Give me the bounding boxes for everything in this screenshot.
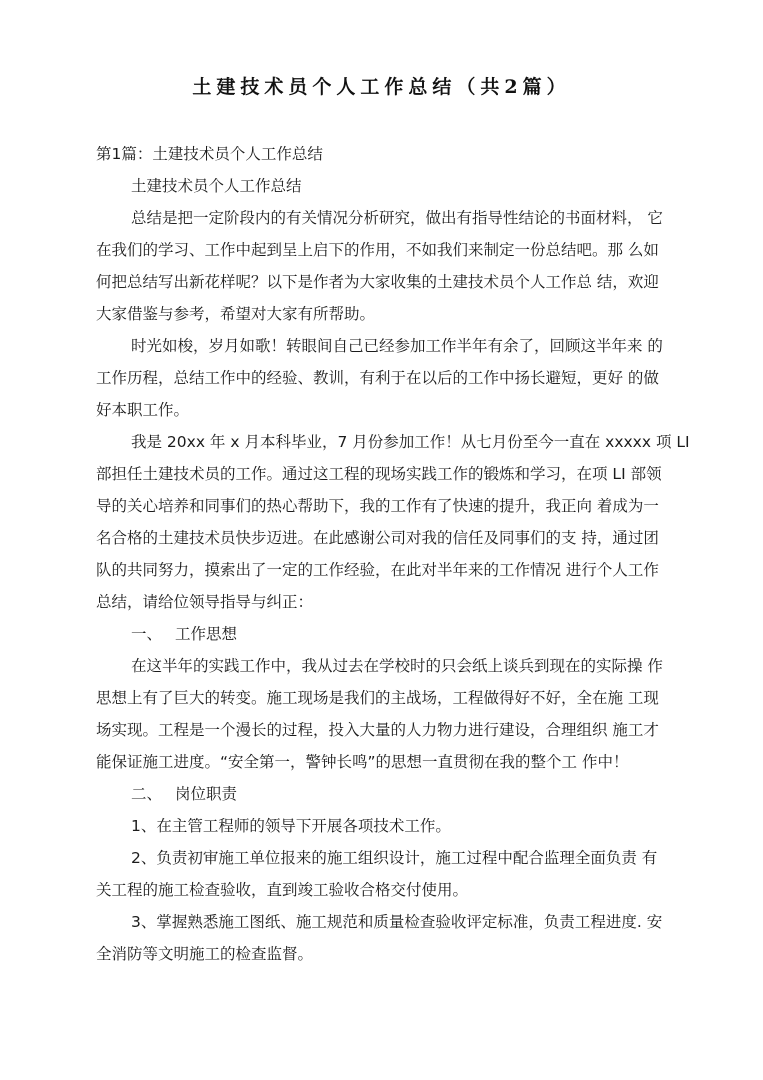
paragraph-line: 总结是把一定阶段内的有关情况分析研究，做出有指导性结论的书面材料， 它 — [131, 208, 711, 228]
paragraph-line: 何把总结写出新花样呢？以下是作者为大家收集的土建技术员个人工作总 结，欢迎 — [96, 272, 676, 292]
paragraph-line: 工作历程，总结工作中的经验、教训，有利于在以后的工作中扬长避短，更好 的做 — [96, 368, 676, 388]
heading-number: 一、 — [131, 624, 175, 644]
paragraph-line: 部担任土建技术员的工作。通过这工程的现场实践工作的锻炼和学习，在项 LI 部领 — [96, 464, 676, 484]
paragraph-line: 在我们的学习、工作中起到呈上启下的作用，不如我们来制定一份总结吧。那 么如 — [96, 240, 676, 260]
section-heading: 第1篇：土建技术员个人工作总结 — [96, 144, 676, 164]
list-item: 3、掌握熟悉施工图纸、施工规范和质量检查验收评定标准，负责工程进度. 安 — [131, 912, 711, 932]
paragraph-line: 好本职工作。 — [96, 400, 676, 420]
heading-number: 二、 — [131, 784, 175, 804]
paragraph-line: 思想上有了巨大的转变。施工现场是我们的主战场，工程做得好不好，全在施 工现 — [96, 688, 676, 708]
paragraph-line: 大家借鉴与参考，希望对大家有所帮助。 — [96, 304, 676, 324]
paragraph-line: 名合格的土建技术员快步迈进。在此感谢公司对我的信任及同事们的支 持，通过团 — [96, 528, 676, 548]
document-page: 土建技术员个人工作总结（共2篇） 第1篇：土建技术员个人工作总结 土建技术员个人… — [0, 0, 763, 1080]
paragraph-line: 在这半年的实践工作中，我从过去在学校时的只会纸上谈兵到现在的实际操 作 — [131, 656, 711, 676]
document-subtitle: 土建技术员个人工作总结 — [131, 176, 711, 196]
heading-job-duties: 二、岗位职责 — [131, 784, 711, 804]
paragraph-line: 场实现。工程是一个漫长的过程，投入大量的人力物力进行建设，合理组织 施工才 — [96, 720, 676, 740]
paragraph-line: 关工程的施工检查验收，直到竣工验收合格交付使用。 — [96, 880, 676, 900]
heading-text: 工作思想 — [175, 625, 237, 643]
list-item: 2、负责初审施工单位报来的施工组织设计，施工过程中配合监理全面负责 有 — [131, 848, 711, 868]
heading-work-thinking: 一、工作思想 — [131, 624, 711, 644]
paragraph-line: 能保证施工进度。“安全第一，警钟长鸣”的思想一直贯彻在我的整个工 作中！ — [96, 752, 676, 772]
document-title: 土建技术员个人工作总结（共2篇） — [0, 72, 763, 99]
paragraph-line: 全消防等文明施工的检查监督。 — [96, 944, 676, 964]
list-item: 1、在主管工程师的领导下开展各项技术工作。 — [131, 816, 711, 836]
paragraph-line: 我是 20xx 年 x 月本科毕业，7 月份参加工作！从七月份至今一直在 xxx… — [131, 432, 711, 452]
paragraph-line: 总结，请给位领导指导与纠正： — [96, 592, 676, 612]
paragraph-line: 队的共同努力，摸索出了一定的工作经验，在此对半年来的工作情况 进行个人工作 — [96, 560, 676, 580]
paragraph-line: 时光如梭，岁月如歌！转眼间自己已经参加工作半年有余了，回顾这半年来 的 — [131, 336, 711, 356]
heading-text: 岗位职责 — [175, 785, 237, 803]
paragraph-line: 导的关心培养和同事们的热心帮助下，我的工作有了快速的提升，我正向 着成为一 — [96, 496, 676, 516]
